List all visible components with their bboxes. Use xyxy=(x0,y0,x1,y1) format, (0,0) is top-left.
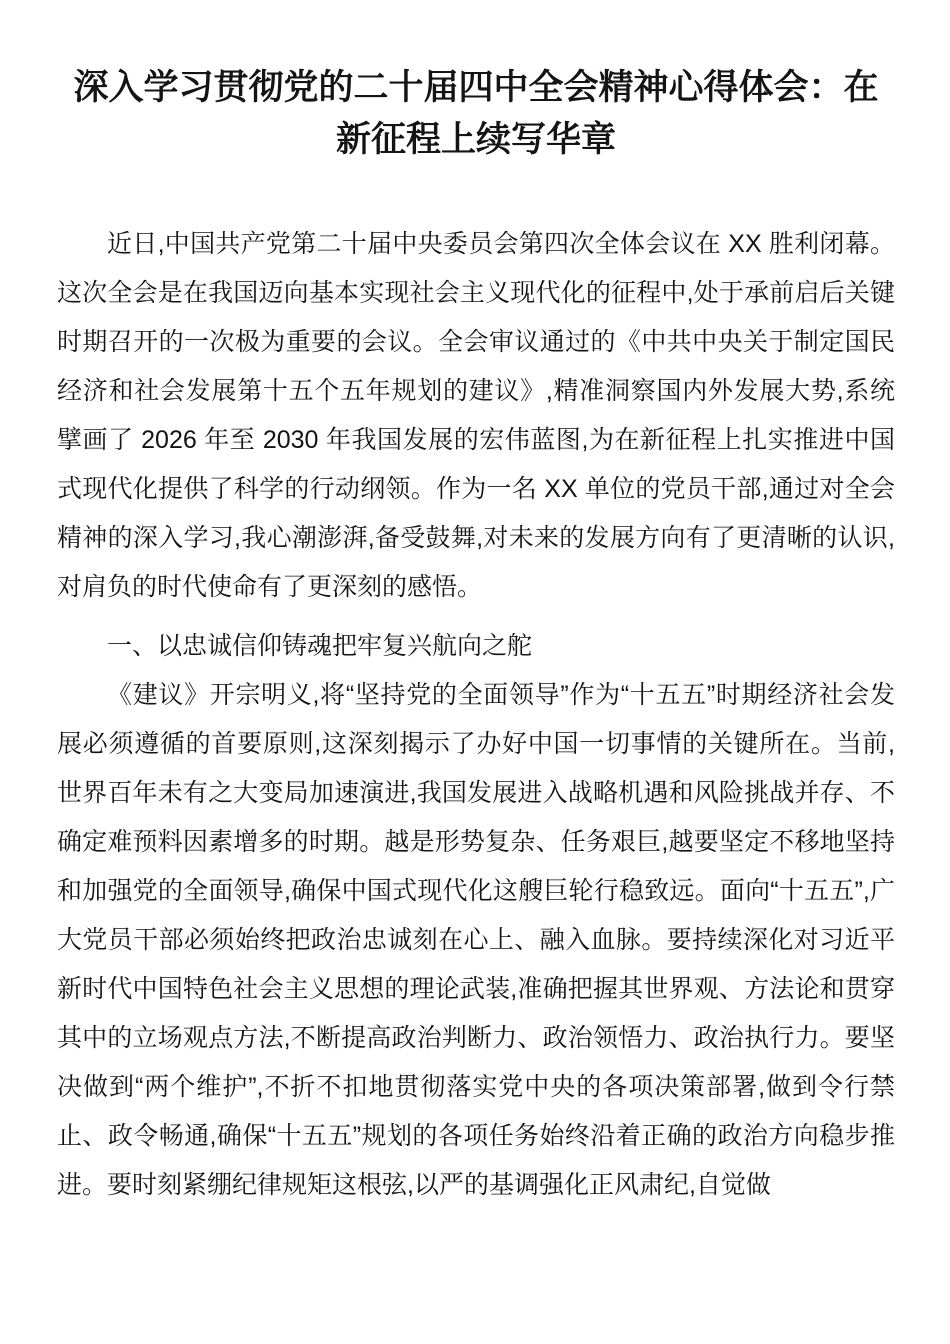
document-title: 深入学习贯彻党的二十届四中全会精神心得体会：在新征程上续写华章 xyxy=(57,62,895,166)
body-paragraph-intro: 近日,中国共产党第二十届中央委员会第四次全体会议在 XX 胜利闭幕。这次全会是在… xyxy=(57,220,895,612)
document-page: 深入学习贯彻党的二十届四中全会精神心得体会：在新征程上续写华章 近日,中国共产党… xyxy=(0,0,950,1344)
body-paragraph-section-1: 《建议》开宗明义,将“坚持党的全面领导”作为“十五五”时期经济社会发展必须遵循的… xyxy=(57,671,895,1210)
section-heading-1: 一、以忠诚信仰铸魂把牢复兴航向之舵 xyxy=(57,622,895,671)
